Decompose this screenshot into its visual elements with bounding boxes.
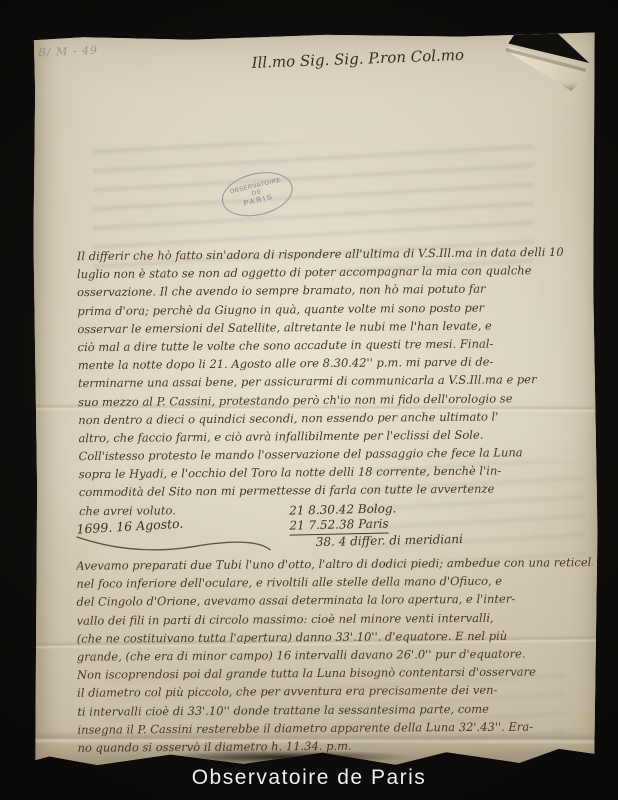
manuscript-paragraph-2: Avevamo preparati due Tubi l'uno d'otto,…: [76, 553, 593, 757]
pen-flourish: [74, 530, 274, 557]
photo-caption: Observatoire de Paris: [0, 766, 618, 790]
manuscript-paragraph-1: Il differir che hò fatto sin'adora di ri…: [77, 243, 591, 520]
pencil-shelfmark: B/ M - 49: [38, 44, 99, 59]
stamp-line: PARIS: [243, 194, 275, 209]
manuscript-line: Avevamo preparati due Tubi l'uno d'otto,…: [76, 553, 592, 575]
salutation: Ill.mo Sig. Sig. P.ron Col.mo: [228, 45, 488, 73]
manuscript-line: del Cingolo d'Orione, avevamo assai dete…: [76, 590, 592, 612]
manuscript-paper-sheet: B/ M - 49 Ill.mo Sig. Sig. P.ron Col.mo …: [33, 31, 599, 766]
photograph-of-manuscript: B/ M - 49 Ill.mo Sig. Sig. P.ron Col.mo …: [0, 0, 618, 800]
time-observation-table: 21 8.30.42 Bolog. 21 7.52.38 Paris 38. 4…: [289, 500, 463, 551]
time-row-paris: 21 7.52.38 Paris: [289, 517, 388, 536]
manuscript-line: no quando si osservò il diametro h. 11.3…: [77, 735, 593, 757]
manuscript-line: insegna il P. Cassini resterebbe il diam…: [77, 717, 593, 739]
